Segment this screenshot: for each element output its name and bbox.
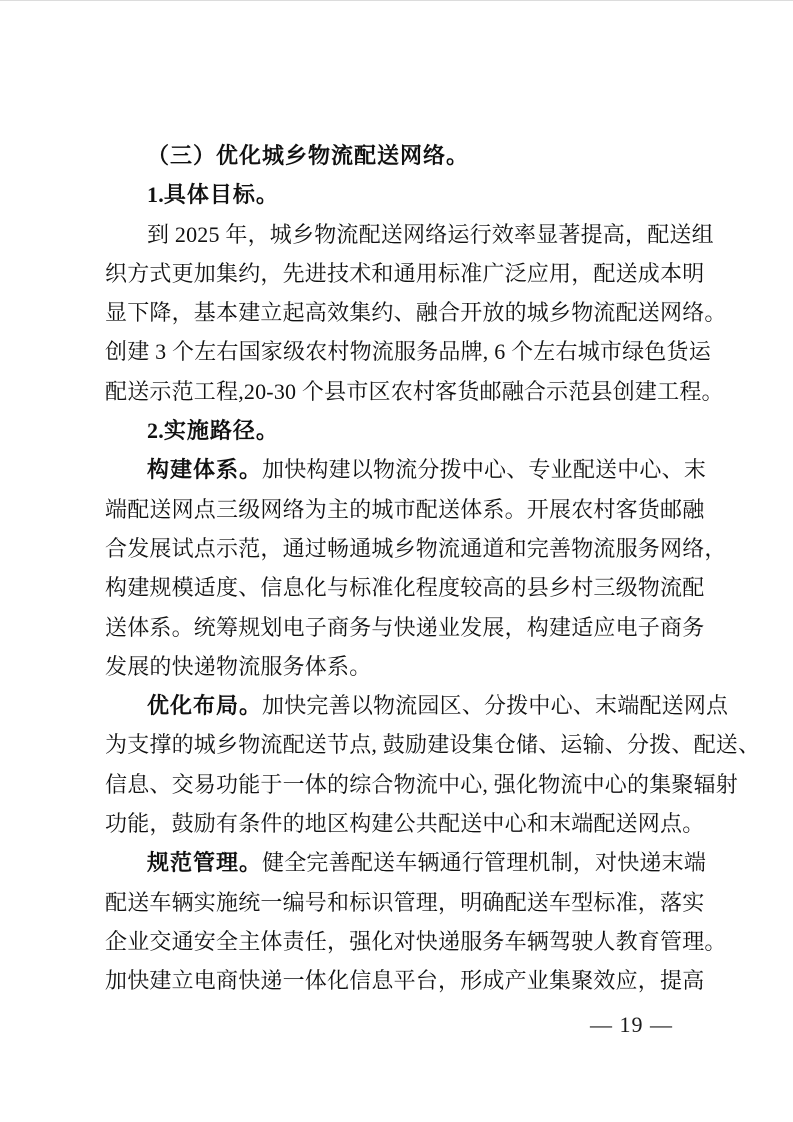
body-text-segment: 2. [147, 418, 164, 443]
text-line-heading: 构建体系。加快构建以物流分拨中心、专业配送中心、末 [105, 450, 705, 489]
body-text-segment: 1. [147, 182, 164, 207]
body-text-segment: 加快建立电商快递一体化信息平台，形成产业集聚效应，提高 [105, 968, 704, 993]
body-text-segment: 显下降，基本建立起高效集约、融合开放的城乡物流配送网络。 [105, 300, 727, 325]
page-number: — 19 — [590, 1012, 673, 1037]
body-text-segment: 企业交通安全主体责任，强化对快递服务车辆驾驶人教育管理。 [105, 929, 727, 954]
document-page: （三）优化城乡物流配送网络。1.具体目标。到 2025 年，城乡物流配送网络运行… [0, 0, 793, 1122]
text-line-heading: （三）优化城乡物流配送网络。 [105, 136, 705, 175]
text-line: 到 2025 年，城乡物流配送网络运行效率显著提高，配送组 [105, 215, 705, 254]
body-text-segment: 配送车辆实施统一编号和标识管理，明确配送车型标准，落实 [105, 890, 704, 915]
body-text-segment: 配送示范工程,20-30 个县市区农村客货邮融合示范县创建工程。 [105, 379, 724, 404]
body-text-segment: 发展的快递物流服务体系。 [105, 654, 371, 679]
text-line: 合发展试点示范，通过畅通城乡物流通道和完善物流服务网络， [105, 529, 705, 568]
text-line-heading: 1.具体目标。 [105, 175, 705, 214]
text-line: 显下降，基本建立起高效集约、融合开放的城乡物流配送网络。 [105, 293, 705, 332]
heading-text-segment: 规范管理。 [147, 850, 262, 875]
body-text-segment: 送体系。统筹规划电子商务与快递业发展，构建适应电子商务 [105, 615, 704, 640]
heading-text-segment: 优化布局。 [147, 693, 262, 718]
text-line: 织方式更加集约，先进技术和通用标准广泛应用，配送成本明 [105, 254, 705, 293]
body-text-segment: 合发展试点示范，通过畅通城乡物流通道和完善物流服务网络， [105, 536, 727, 561]
body-text-segment: 构建规模适度、信息化与标准化程度较高的县乡村三级物流配 [105, 575, 704, 600]
heading-text-segment: （三）优化城乡物流配送网络。 [147, 143, 469, 168]
body-text-segment: 为支撑的城乡物流配送节点, 鼓励建设集仓储、运输、分拨、配送、 [105, 732, 760, 757]
text-line: 发展的快递物流服务体系。 [105, 647, 705, 686]
text-line-heading: 2.实施路径。 [105, 411, 705, 450]
text-line: 送体系。统筹规划电子商务与快递业发展，构建适应电子商务 [105, 608, 705, 647]
text-line: 加快建立电商快递一体化信息平台，形成产业集聚效应，提高 [105, 961, 705, 1000]
text-line: 创建 3 个左右国家级农村物流服务品牌, 6 个左右城市绿色货运 [105, 332, 705, 371]
heading-text-segment: 实施路径。 [164, 418, 279, 443]
text-line: 为支撑的城乡物流配送节点, 鼓励建设集仓储、运输、分拨、配送、 [105, 725, 705, 764]
page-footer: — 19 — [590, 1010, 673, 1040]
text-line-heading: 优化布局。加快完善以物流园区、分拨中心、末端配送网点 [105, 686, 705, 725]
body-text-segment: 加快完善以物流园区、分拨中心、末端配送网点 [262, 693, 728, 718]
body-text-segment: 功能，鼓励有条件的地区构建公共配送中心和末端配送网点。 [105, 811, 704, 836]
heading-text-segment: 具体目标。 [164, 182, 279, 207]
body-text-segment: 创建 3 个左右国家级农村物流服务品牌, 6 个左右城市绿色货运 [105, 339, 711, 364]
body-text-segment: 健全完善配送车辆通行管理机制，对快递末端 [262, 850, 706, 875]
heading-text-segment: 构建体系。 [147, 457, 262, 482]
text-line: 端配送网点三级网络为主的城市配送体系。开展农村客货邮融 [105, 490, 705, 529]
text-line: 配送示范工程,20-30 个县市区农村客货邮融合示范县创建工程。 [105, 372, 705, 411]
document-body: （三）优化城乡物流配送网络。1.具体目标。到 2025 年，城乡物流配送网络运行… [105, 136, 705, 1001]
text-line: 企业交通安全主体责任，强化对快递服务车辆驾驶人教育管理。 [105, 922, 705, 961]
text-line: 功能，鼓励有条件的地区构建公共配送中心和末端配送网点。 [105, 804, 705, 843]
body-text-segment: 到 2025 年，城乡物流配送网络运行效率显著提高，配送组 [147, 222, 714, 247]
body-text-segment: 加快构建以物流分拨中心、专业配送中心、末 [262, 457, 706, 482]
text-line: 构建规模适度、信息化与标准化程度较高的县乡村三级物流配 [105, 568, 705, 607]
scan-edge-artifact [0, 0, 793, 1]
body-text-segment: 织方式更加集约，先进技术和通用标准广泛应用，配送成本明 [105, 261, 704, 286]
text-line: 信息、交易功能于一体的综合物流中心, 强化物流中心的集聚辐射 [105, 765, 705, 804]
body-text-segment: 信息、交易功能于一体的综合物流中心, 强化物流中心的集聚辐射 [105, 772, 738, 797]
body-text-segment: 端配送网点三级网络为主的城市配送体系。开展农村客货邮融 [105, 497, 704, 522]
text-line-heading: 规范管理。健全完善配送车辆通行管理机制，对快递末端 [105, 843, 705, 882]
text-line: 配送车辆实施统一编号和标识管理，明确配送车型标准，落实 [105, 883, 705, 922]
